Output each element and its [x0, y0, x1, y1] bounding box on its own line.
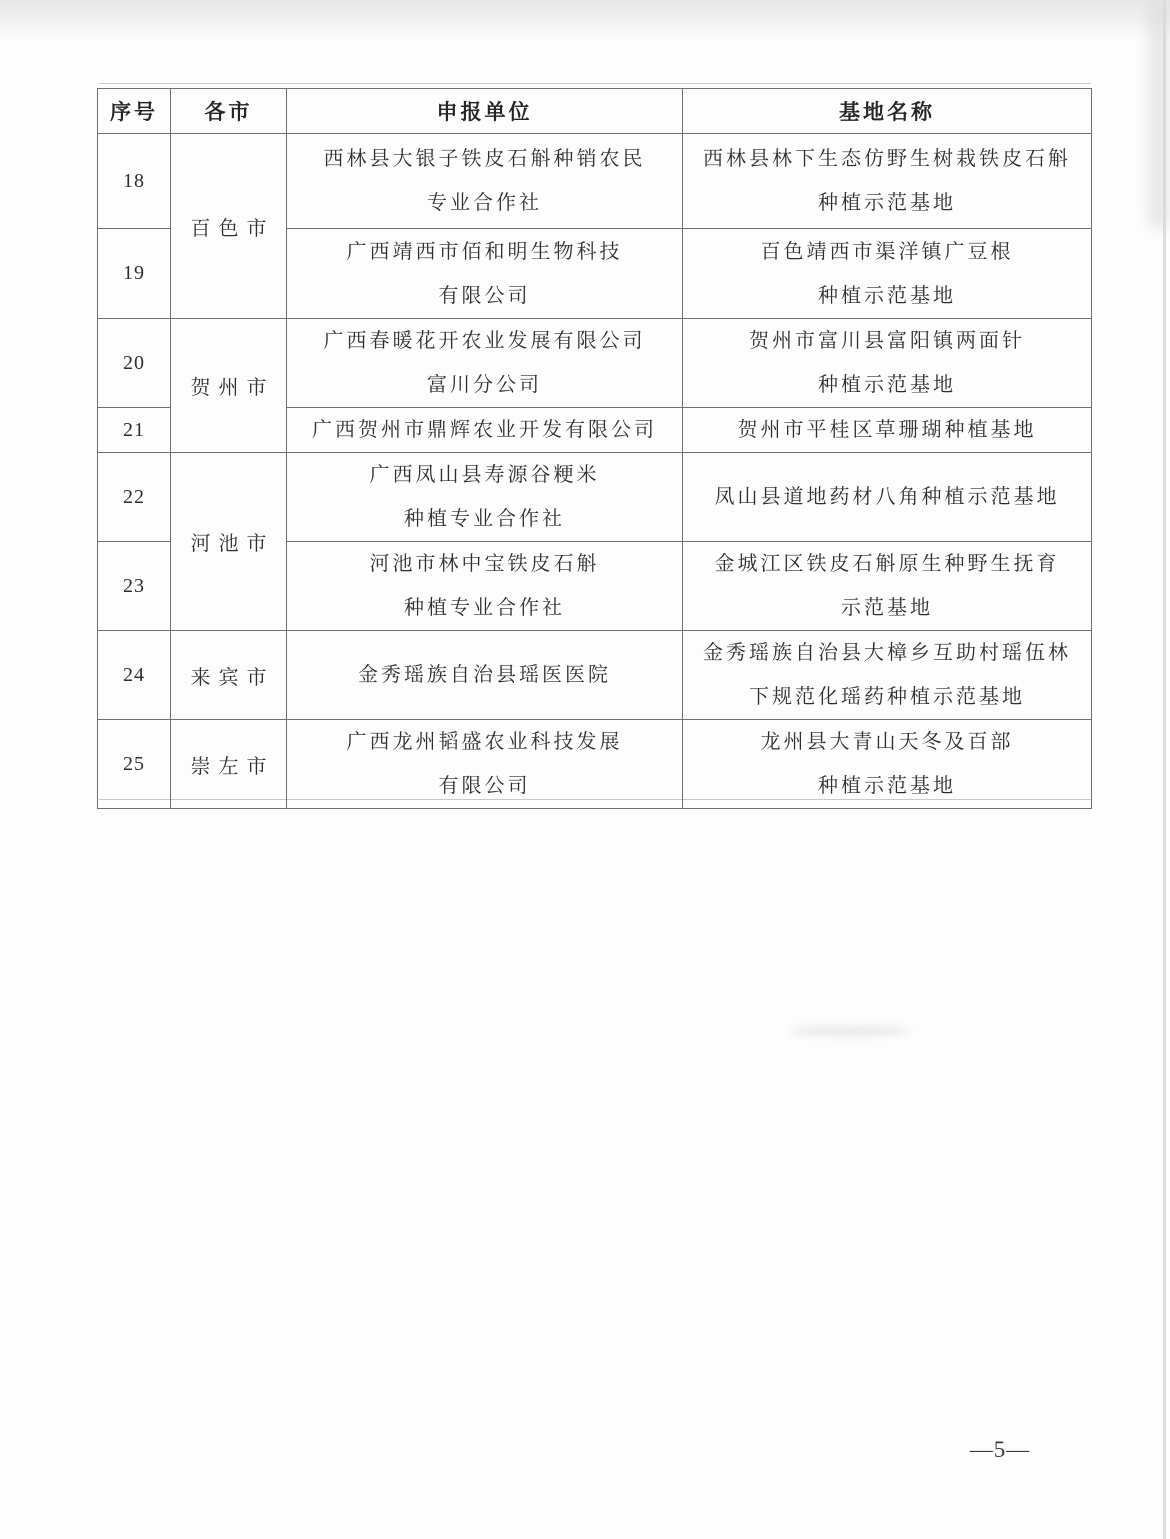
col-header-base: 基地名称 [683, 89, 1092, 134]
base-cell: 西林县林下生态仿野生树栽铁皮石斛 种植示范基地 [683, 134, 1092, 229]
base-cell: 贺州市富川县富阳镇两面针 种植示范基地 [683, 319, 1092, 408]
scan-artifact-corner-smudge [1148, 0, 1170, 230]
col-header-city: 各市 [171, 89, 287, 134]
base-cell: 金城江区铁皮石斛原生种野生抚育 示范基地 [683, 542, 1092, 631]
row-index: 22 [98, 453, 171, 542]
unit-cell: 河池市林中宝铁皮石斛 种植专业合作社 [287, 542, 683, 631]
base-cell: 百色靖西市渠洋镇广豆根 种植示范基地 [683, 229, 1092, 319]
document-page: 序号 各市 申报单位 基地名称 18 百色市 西林县大银子铁皮石斛种销农民 专业… [0, 0, 1170, 1539]
table-row: 20 贺州市 广西春暖花开农业发展有限公司 富川分公司 贺州市富川县富阳镇两面针… [98, 319, 1092, 408]
scan-artifact-smudge [790, 1026, 910, 1036]
base-list-table: 序号 各市 申报单位 基地名称 18 百色市 西林县大银子铁皮石斛种销农民 专业… [97, 88, 1092, 809]
city-cell: 来宾市 [171, 631, 287, 720]
row-index: 21 [98, 408, 171, 453]
unit-cell: 金秀瑶族自治县瑶医医院 [287, 631, 683, 720]
row-index: 19 [98, 229, 171, 319]
row-index: 23 [98, 542, 171, 631]
row-index: 18 [98, 134, 171, 229]
table-row: 24 来宾市 金秀瑶族自治县瑶医医院 金秀瑶族自治县大樟乡互助村瑶伍林 下规范化… [98, 631, 1092, 720]
unit-cell: 西林县大银子铁皮石斛种销农民 专业合作社 [287, 134, 683, 229]
col-header-index: 序号 [98, 89, 171, 134]
unit-cell: 广西凤山县寿源谷粳米 种植专业合作社 [287, 453, 683, 542]
base-cell: 凤山县道地药材八角种植示范基地 [683, 453, 1092, 542]
unit-cell: 广西靖西市佰和明生物科技 有限公司 [287, 229, 683, 319]
row-index: 20 [98, 319, 171, 408]
city-cell: 河池市 [171, 453, 287, 631]
base-cell: 金秀瑶族自治县大樟乡互助村瑶伍林 下规范化瑶药种植示范基地 [683, 631, 1092, 720]
table-row: 25 崇左市 广西龙州韬盛农业科技发展 有限公司 龙州县大青山天冬及百部 种植示… [98, 720, 1092, 809]
city-cell: 贺州市 [171, 319, 287, 453]
table-header-row: 序号 各市 申报单位 基地名称 [98, 89, 1092, 134]
base-cell: 龙州县大青山天冬及百部 种植示范基地 [683, 720, 1092, 809]
city-cell: 崇左市 [171, 720, 287, 809]
row-index: 25 [98, 720, 171, 809]
city-cell: 百色市 [171, 134, 287, 319]
page-number: —5— [940, 1437, 1060, 1463]
base-cell: 贺州市平桂区草珊瑚种植基地 [683, 408, 1092, 453]
unit-cell: 广西龙州韬盛农业科技发展 有限公司 [287, 720, 683, 809]
col-header-unit: 申报单位 [287, 89, 683, 134]
table-row: 22 河池市 广西凤山县寿源谷粳米 种植专业合作社 凤山县道地药材八角种植示范基… [98, 453, 1092, 542]
unit-cell: 广西春暖花开农业发展有限公司 富川分公司 [287, 319, 683, 408]
scan-artifact-right-edge [1163, 0, 1166, 1539]
unit-cell: 广西贺州市鼎辉农业开发有限公司 [287, 408, 683, 453]
table-scan-shadow-top [99, 83, 1091, 84]
row-index: 24 [98, 631, 171, 720]
scan-artifact-top-band [0, 0, 1170, 40]
table-row: 18 百色市 西林县大银子铁皮石斛种销农民 专业合作社 西林县林下生态仿野生树栽… [98, 134, 1092, 229]
